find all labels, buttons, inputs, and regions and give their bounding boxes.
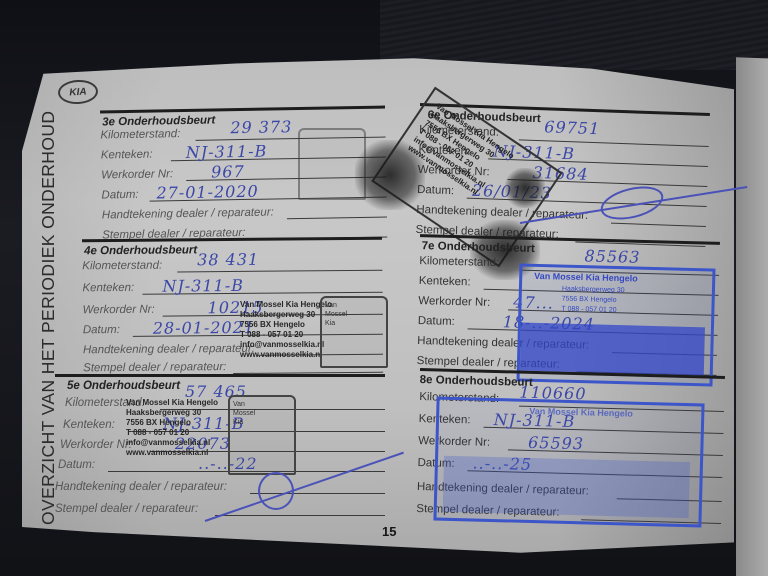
field-label: Werkorder Nr: xyxy=(83,304,155,317)
dealer-badge-stamp: Van Mossel Kia xyxy=(320,296,388,368)
fabric-texture xyxy=(380,0,768,70)
stamp-dealer-name: Van Mossel Kia Hengelo xyxy=(529,406,633,419)
field-label: Kilometerstand: xyxy=(82,260,162,273)
kilometerstand-row: Kilometerstand:57 465 xyxy=(65,392,385,412)
dealer-stamp-text: Van Mossel Kia Hengelo Haaksbergerweg 30… xyxy=(240,300,332,360)
logo-text: KIA xyxy=(69,86,87,98)
badge-line: Mossel xyxy=(233,409,291,418)
field-label: Handtekening dealer / reparateur: xyxy=(102,206,274,221)
stamp-phone: T 088 - 057 01 20 xyxy=(240,330,332,340)
handtekening-row: Handtekening dealer / reparateur: xyxy=(55,476,385,496)
stamp-ink-block xyxy=(443,456,690,518)
stamp-dealer-name: Van Mossel Kia Hengelo xyxy=(240,300,332,310)
ink-smudge xyxy=(355,140,425,210)
handwritten-value: 967 xyxy=(211,162,245,182)
stamp-city: 7556 BX Hengelo xyxy=(240,320,332,330)
field-label: Kenteken: xyxy=(101,149,153,162)
stamp-phone: T 088 - 057 01 20 xyxy=(561,306,616,314)
field-label: Kenteken: xyxy=(419,275,471,288)
handwritten-value: 38 431 xyxy=(197,250,259,274)
stamp-dealer-name: Van Mossel Kia Hengelo xyxy=(534,271,638,284)
field-label: Werkorder Nr: xyxy=(60,439,132,451)
stamp-email: info@vanmosselkia.nl xyxy=(126,438,218,448)
handwritten-value: NJ-311-B xyxy=(186,142,268,162)
handwritten-value: 69751 xyxy=(544,117,601,144)
kilometerstand-row: Kilometerstand:38 431 xyxy=(82,253,382,276)
dealer-badge-stamp: Van Mossel Kia xyxy=(228,395,296,475)
block-rule xyxy=(55,374,385,377)
stamp-address: Haaksbergerweg 30 xyxy=(126,408,218,418)
stamp-phone: T 088 - 057 01 20 xyxy=(126,428,218,438)
kenteken-row: Kenteken:NJ-311-B xyxy=(63,414,385,434)
field-label: Kenteken: xyxy=(63,419,115,431)
werkorder-row: Werkorder Nr:22073 xyxy=(60,434,385,454)
dealer-stamp-text: Van Mossel Kia Hengelo Haaksbergerweg 30… xyxy=(126,398,218,458)
badge-line: Van xyxy=(325,301,383,310)
ink-smudge xyxy=(505,168,545,208)
field-label: Handtekening dealer / reparateur: xyxy=(55,481,227,493)
field-label: Kilometerstand: xyxy=(100,128,180,141)
badge-line: Van xyxy=(233,400,291,409)
badge-line: Kia xyxy=(325,319,383,328)
stamp-address: Haaksbergerweg 30 xyxy=(240,310,332,320)
block-heading: 5e Onderhoudsbeurt xyxy=(67,380,180,392)
handwritten-value: NJ-311-B xyxy=(162,276,244,296)
field-label: Datum: xyxy=(83,324,120,336)
blue-dealer-stamp: Van Mossel Kia Hengelo xyxy=(433,397,704,528)
badge-line: Kia xyxy=(233,418,291,427)
stamp-city: 7556 BX Hengelo xyxy=(126,418,218,428)
field-label: Handtekening dealer / reparateur: xyxy=(83,343,255,357)
page-number: 15 xyxy=(382,524,396,539)
facing-page-edge xyxy=(736,57,768,576)
stamp-city: 7556 BX Hengelo xyxy=(562,296,617,304)
field-label: Werkorder Nr: xyxy=(418,295,490,309)
stamp-email: info@vanmosselkia.nl xyxy=(240,340,332,350)
stamp-website: www.vanmosselkia.nl xyxy=(126,448,218,458)
field-label: Stempel dealer / reparateur: xyxy=(55,503,198,515)
stamp-website: www.vanmosselkia.nl xyxy=(240,350,332,360)
stamp-dealer-name: Van Mossel Kia Hengelo xyxy=(126,398,218,408)
handwritten-value: 29 373 xyxy=(230,117,292,141)
kenteken-row: Kenteken:NJ-311-B xyxy=(82,275,382,298)
badge-line: Mossel xyxy=(325,310,383,319)
field-label: Kilometerstand: xyxy=(419,255,499,269)
stamp-ink-block xyxy=(520,323,705,376)
field-label: Datum: xyxy=(101,189,138,202)
field-label: Kenteken: xyxy=(82,282,134,294)
field-line xyxy=(215,515,385,516)
handwritten-value: 27-01-2020 xyxy=(156,182,259,203)
field-label: Stempel dealer / reparateur: xyxy=(83,361,226,374)
blue-dealer-stamp: Van Mossel Kia Hengelo Haaksbergerweg 30… xyxy=(516,263,715,386)
datum-row: Datum:..-..-22 xyxy=(58,454,385,474)
field-label: Datum: xyxy=(418,315,455,328)
stamp-address: Haaksbergerweg 30 xyxy=(562,286,625,295)
side-title: OVERZICHT VAN HET PERIODIEK ONDERHOUD xyxy=(38,111,59,525)
field-label: Werkorder Nr: xyxy=(101,168,173,181)
field-label: Datum: xyxy=(58,459,95,471)
